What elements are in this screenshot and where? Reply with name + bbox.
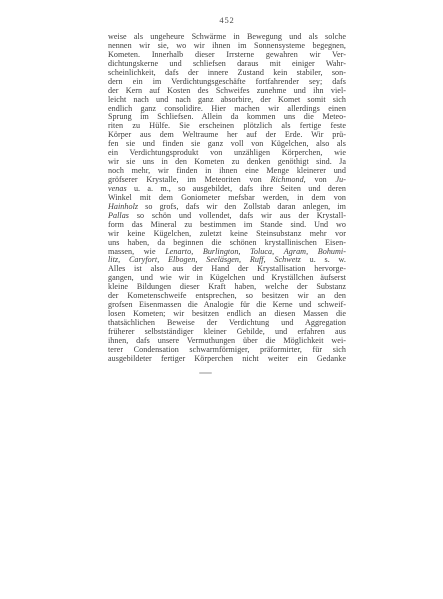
text-segment: grofsen Eisenmassen die Analogie für die… bbox=[108, 301, 346, 309]
body-line: Kometen. Innerhalb dieser Irrsterne gewa… bbox=[108, 51, 346, 60]
body-line: leicht nach und nach ganz absorbire, der… bbox=[108, 96, 346, 105]
text-segment: terer Condensation schwarmförmiger, präf… bbox=[108, 346, 346, 354]
text-segment: dern ein im Verdichtungsgeschäfte fortfa… bbox=[108, 78, 346, 86]
meteorite-name: Schwetz bbox=[274, 256, 300, 264]
body-line: venas u. a. m., so ausgebildet, dafs ihr… bbox=[108, 185, 346, 194]
meteorite-name: litz bbox=[108, 256, 118, 264]
body-line: der Kometenschweife entsprechen, so besi… bbox=[108, 292, 346, 301]
body-line: wir keine Kügelchen, zuletzt keine Stein… bbox=[108, 230, 346, 239]
text-segment: ausgebildeter fertiger Körperchen nicht … bbox=[108, 355, 346, 363]
text-segment: Sprung im Schliefsen. Allein da kommen u… bbox=[108, 113, 346, 121]
text-segment: nennen wir sie, wo wir ihnen im Sonnensy… bbox=[108, 42, 346, 50]
body-line: litz, Caryfort, Elbogen, Seeläsgen, Ruff… bbox=[108, 256, 346, 265]
text-segment: thatsächlichen Beweise der Verdichtung u… bbox=[108, 319, 346, 327]
meteorite-name: Caryfort bbox=[129, 256, 157, 264]
meteorite-name: Hainholz bbox=[108, 203, 138, 211]
text-segment: u. a. m., so ausgebildet, dafs ihre Seit… bbox=[127, 185, 346, 193]
body-line: gangen, und wie wir in Kügelchen und Kry… bbox=[108, 274, 346, 283]
body-line: form das Mineral zu bestimmen im Stande … bbox=[108, 221, 346, 230]
text-segment: weise als ungeheure Schwärme in Bewegung… bbox=[108, 33, 346, 41]
body-line: ausgebildeter fertiger Körperchen nicht … bbox=[108, 355, 346, 364]
meteorite-name: Ju- bbox=[336, 176, 347, 184]
text-segment: , bbox=[272, 248, 284, 256]
text-segment: so schön und vollendet, dafs wir aus der… bbox=[129, 212, 346, 220]
text-segment: fen sie und finden sie ganz voll von Küg… bbox=[108, 140, 346, 148]
body-line: Hainholz so grofs, dafs wir den Zollstab… bbox=[108, 203, 346, 212]
text-segment: gröfserer Krystalle, im Meteoriten von bbox=[108, 176, 270, 184]
text-segment: der Kometenschweife entsprechen, so besi… bbox=[108, 292, 346, 300]
text-segment: noch mehr, wir finden in ihnen eine Meng… bbox=[108, 167, 346, 175]
text-segment: , bbox=[239, 256, 250, 264]
text-segment: leicht nach und nach ganz absorbire, der… bbox=[108, 96, 346, 104]
text-segment: scheinlichkeit, dafs der innere Zustand … bbox=[108, 69, 346, 77]
body-line: scheinlichkeit, dafs der innere Zustand … bbox=[108, 69, 346, 78]
text-segment: wir keine Kügelchen, zuletzt keine Stein… bbox=[108, 230, 346, 238]
text-segment: , bbox=[264, 256, 275, 264]
text-segment: , bbox=[238, 248, 250, 256]
body-line: der Kern auf Kosten des Schweifes zunehm… bbox=[108, 87, 346, 96]
meteorite-name: Elbogen bbox=[168, 256, 195, 264]
body-line: terer Condensation schwarmförmiger, präf… bbox=[108, 346, 346, 355]
text-segment: endlich ganz consolidire. Hier machen wi… bbox=[108, 105, 346, 113]
text-segment: losen Kometen; wir besitzen endlich an d… bbox=[108, 310, 346, 318]
meteorite-name: Pallas bbox=[108, 212, 129, 220]
body-line: ein Verdichtungsprodukt von unzähligen K… bbox=[108, 149, 346, 158]
meteorite-name: Toluca bbox=[250, 248, 272, 256]
body-line: noch mehr, wir finden in ihnen eine Meng… bbox=[108, 167, 346, 176]
meteorite-name: Seeläsgen bbox=[206, 256, 239, 264]
text-segment: Kometen. Innerhalb dieser Irrsterne gewa… bbox=[108, 51, 346, 59]
body-line: kleine Bildungen dieser Kraft haben, wel… bbox=[108, 283, 346, 292]
text-segment: ein Verdichtungsprodukt von unzähligen K… bbox=[108, 149, 346, 157]
body-line: Alles ist also aus der Hand der Krystall… bbox=[108, 265, 346, 274]
text-segment: Alles ist also aus der Hand der Krystall… bbox=[108, 265, 346, 273]
text-segment: form das Mineral zu bestimmen im Stande … bbox=[108, 221, 346, 229]
meteorite-name: Lenarto bbox=[165, 248, 191, 256]
text-segment: , bbox=[118, 256, 129, 264]
body-line: dern ein im Verdichtungsgeschäfte fortfa… bbox=[108, 78, 346, 87]
text-segment: u. s. w. bbox=[301, 256, 346, 264]
meteorite-name: Ruff bbox=[250, 256, 264, 264]
body-line: losen Kometen; wir besitzen endlich an d… bbox=[108, 310, 346, 319]
text-segment: kleine Bildungen dieser Kraft haben, wel… bbox=[108, 283, 346, 291]
meteorite-name: Burlington bbox=[203, 248, 239, 256]
text-segment: früherer selbstständiger kleiner Gebilde… bbox=[108, 328, 346, 336]
text-segment: gangen, und wie wir in Kügelchen und Kry… bbox=[108, 274, 346, 282]
text-segment: , bbox=[191, 248, 203, 256]
text-segment: , bbox=[195, 256, 206, 264]
body-line: massen, wie Lenarto, Burlington, Toluca,… bbox=[108, 248, 346, 257]
text-segment: riten zu Hülfe. Sie erscheinen plötzlich… bbox=[108, 122, 346, 130]
text-segment: dichtungskerne und schliefsen daraus mit… bbox=[108, 60, 346, 68]
text-segment: so grofs, dafs wir den Zollstab daran an… bbox=[138, 203, 346, 211]
text-segment: , bbox=[306, 248, 318, 256]
text-segment: der Kern auf Kosten des Schweifes zunehm… bbox=[108, 87, 346, 95]
body-line: weise als ungeheure Schwärme in Bewegung… bbox=[108, 33, 346, 42]
body-line: wir sie uns in den Kometen zu denken gen… bbox=[108, 158, 346, 167]
text-segment: ihnen, dafs unsere Vermuthungen über die… bbox=[108, 337, 346, 345]
body-text: weise als ungeheure Schwärme in Bewegung… bbox=[108, 33, 346, 364]
meteorite-name: Bohumi- bbox=[318, 248, 346, 256]
text-segment: Körper aus dem Weltraume her auf der Erd… bbox=[108, 131, 346, 139]
text-segment: , von bbox=[304, 176, 336, 184]
body-line: Winkel mit dem Goniometer mefsbar werden… bbox=[108, 194, 346, 203]
body-line: fen sie und finden sie ganz voll von Küg… bbox=[108, 140, 346, 149]
body-line: thatsächlichen Beweise der Verdichtung u… bbox=[108, 319, 346, 328]
body-line: früherer selbstständiger kleiner Gebilde… bbox=[108, 328, 346, 337]
text-segment: , bbox=[157, 256, 168, 264]
text-segment: wir sie uns in den Kometen zu denken gen… bbox=[108, 158, 346, 166]
body-line: Körper aus dem Weltraume her auf der Erd… bbox=[108, 131, 346, 140]
page-number: 452 bbox=[108, 15, 346, 25]
body-line: gröfserer Krystalle, im Meteoriten von R… bbox=[108, 176, 346, 185]
book-page-scan: 452 weise als ungeheure Schwärme in Bewe… bbox=[0, 0, 443, 599]
scan-speck-artifact bbox=[199, 372, 212, 374]
meteorite-name: Richmond bbox=[270, 176, 303, 184]
body-line: Pallas so schön und vollendet, dafs wir … bbox=[108, 212, 346, 221]
text-segment: Winkel mit dem Goniometer mefsbar werden… bbox=[108, 194, 346, 202]
body-line: dichtungskerne und schliefsen daraus mit… bbox=[108, 60, 346, 69]
body-line: endlich ganz consolidire. Hier machen wi… bbox=[108, 105, 346, 114]
meteorite-name: Agram bbox=[284, 248, 306, 256]
meteorite-name: venas bbox=[108, 185, 127, 193]
body-line: grofsen Eisenmassen die Analogie für die… bbox=[108, 301, 346, 310]
body-line: Sprung im Schliefsen. Allein da kommen u… bbox=[108, 113, 346, 122]
body-line: ihnen, dafs unsere Vermuthungen über die… bbox=[108, 337, 346, 346]
body-line: uns haben, da beginnen die schönen kryst… bbox=[108, 239, 346, 248]
text-segment: uns haben, da beginnen die schönen kryst… bbox=[108, 239, 346, 247]
body-line: nennen wir sie, wo wir ihnen im Sonnensy… bbox=[108, 42, 346, 51]
text-segment: massen, wie bbox=[108, 248, 165, 256]
body-line: riten zu Hülfe. Sie erscheinen plötzlich… bbox=[108, 122, 346, 131]
